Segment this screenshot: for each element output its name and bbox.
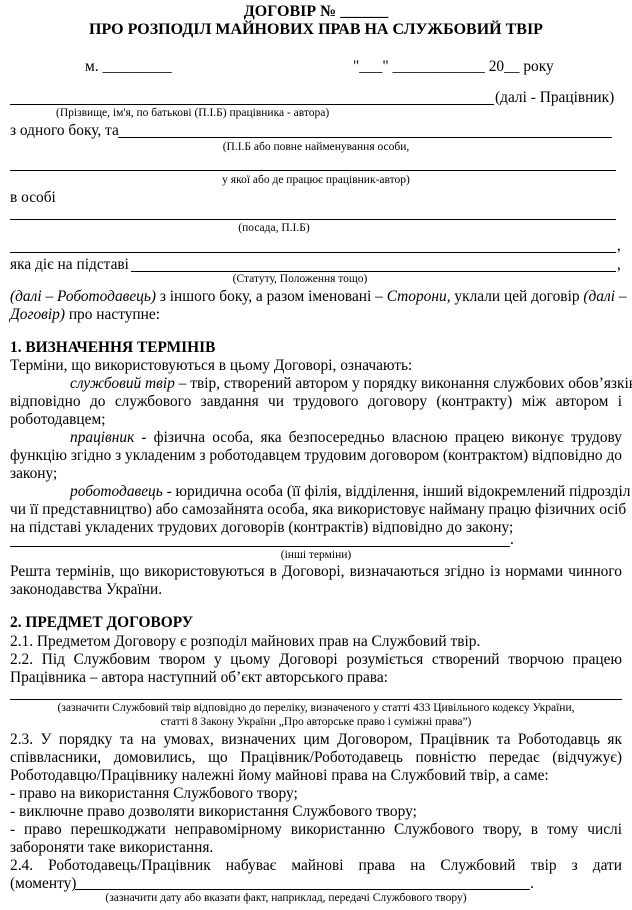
contract-title: ДОГОВІР № ______ bbox=[0, 3, 632, 21]
employee-alias: (далі - Працівник) bbox=[495, 89, 614, 107]
clause-2-4-prefix: (моменту) bbox=[10, 875, 76, 893]
employer-hint-1: (П.І.Б або повне найменування особи, bbox=[0, 141, 632, 153]
city-field[interactable]: м. _________ bbox=[85, 58, 172, 76]
rest-terms-line1: Решта термінів, що використовуються в До… bbox=[10, 563, 622, 581]
term-employer-line3: на підставі укладених трудових договорів… bbox=[10, 519, 513, 537]
transfer-date-line[interactable] bbox=[75, 889, 530, 890]
city-blank: _________ bbox=[102, 58, 171, 75]
transfer-date-hint: (зазначити дату або вказати факт, наприк… bbox=[0, 892, 572, 904]
term-text: - юридична особа (її філія, відділення, … bbox=[163, 483, 631, 500]
representative-line[interactable] bbox=[10, 219, 616, 220]
term-employee-line2: функцію згідно з укладеним з роботодавце… bbox=[10, 447, 622, 465]
period-1: . bbox=[510, 531, 514, 549]
term-service-work-line1: службовий твір – твір, створений автором… bbox=[70, 375, 622, 393]
clause-2-4-line1: 2.4. Роботодавець/Працівник набуває майн… bbox=[10, 857, 622, 875]
city-label: м. bbox=[85, 58, 102, 75]
clause-2-3-line3: Роботодавцю/Працівнику належні йому майн… bbox=[10, 767, 549, 785]
clause-2-2-line1: 2.2. Під Службовим твором у цьому Догово… bbox=[10, 651, 622, 669]
term-text: - фізична особа, яка безпосередньо власн… bbox=[134, 429, 622, 446]
employer-hint-2: у якої або де працює працівник-автор) bbox=[0, 174, 632, 186]
parties-agreement-line1: (далі – Роботодавець) з іншого боку, а р… bbox=[10, 288, 622, 306]
term-employee-line3: закону; bbox=[10, 465, 57, 483]
work-object-line[interactable] bbox=[10, 699, 622, 700]
basis-hint: (Статуту, Положення тощо) bbox=[0, 273, 600, 285]
term-employer-line2: чи її представництво) або самозайнята ос… bbox=[10, 501, 622, 519]
employer-alias: (далі – Роботодавець) bbox=[10, 288, 156, 305]
work-object-hint-2: статті 8 Закону України „Про авторське п… bbox=[0, 716, 632, 728]
right-item-3-line1: - право перешкоджати неправомірному вико… bbox=[10, 821, 622, 839]
section2-heading: 2. ПРЕДМЕТ ДОГОВОРУ bbox=[10, 614, 193, 632]
clause-2-3-line1: 2.3. У порядку та на умовах, визначених … bbox=[10, 731, 622, 749]
clause-2-3-line2: співвласники, домовились, що Працівник/Р… bbox=[10, 749, 622, 767]
sides-term: Сторони, bbox=[387, 288, 451, 305]
comma-2: , bbox=[617, 256, 621, 274]
period-2: . bbox=[530, 875, 534, 893]
date-field[interactable]: "___" ____________ 20__ року bbox=[353, 58, 554, 76]
term-service-work-line2: відповідно до службового завдання чи тру… bbox=[10, 393, 622, 411]
work-object-hint-1: (зазначити Службовий твір відповідно до … bbox=[0, 702, 632, 714]
basis-line[interactable] bbox=[131, 271, 616, 272]
term-text: – твір, створений автором у порядку вико… bbox=[175, 375, 632, 392]
section1-heading: 1. ВИЗНАЧЕННЯ ТЕРМІНІВ bbox=[10, 339, 215, 357]
parties-agreement-line2: Договір) про наступне: bbox=[10, 306, 160, 324]
representative-hint: (посада, П.І.Б) bbox=[0, 222, 548, 234]
term-service-work-line3: роботодавцем; bbox=[10, 411, 106, 429]
other-side-text: з іншого боку, а разом іменовані – bbox=[156, 288, 387, 305]
represented-by-label: в особі bbox=[10, 189, 56, 207]
employer-name-line[interactable] bbox=[118, 137, 612, 138]
term-name: роботодавець bbox=[70, 483, 163, 500]
employee-name-line[interactable] bbox=[10, 104, 494, 105]
contract-alias-b: Договір) bbox=[10, 306, 65, 323]
clause-2-2-line2: Працівника – автора наступний об’єкт авт… bbox=[10, 669, 388, 687]
other-terms-line[interactable] bbox=[10, 546, 510, 547]
term-employee-line1: працівник - фізична особа, яка безпосере… bbox=[70, 429, 622, 447]
representative-line-2[interactable] bbox=[10, 252, 616, 253]
term-employer-line1: роботодавець - юридична особа (її філія,… bbox=[70, 483, 622, 501]
other-terms-hint: (інші терміни) bbox=[0, 549, 632, 561]
rest-terms-line2: законодавства України. bbox=[10, 581, 162, 599]
right-item-3-line2: забороняти таке використання. bbox=[10, 839, 213, 857]
right-item: - виключне право дозволяти використання … bbox=[10, 803, 417, 821]
term-name: службовий твір bbox=[70, 375, 175, 392]
contract-alias-a: (далі – bbox=[583, 288, 626, 305]
concluded-text: уклали цей договір bbox=[451, 288, 584, 305]
contract-subtitle: ПРО РОЗПОДІЛ МАЙНОВИХ ПРАВ НА СЛУЖБОВИЙ … bbox=[0, 21, 632, 39]
section1-intro: Терміни, що використовуються в цьому Дог… bbox=[10, 357, 412, 375]
employee-hint: (Прізвище, ім'я, по батькові (П.І.Б) пра… bbox=[56, 107, 329, 119]
following-text: про наступне: bbox=[65, 306, 160, 323]
employer-prefix: з одного боку, та bbox=[10, 122, 119, 140]
employer-name-line-2[interactable] bbox=[10, 170, 616, 171]
term-name: працівник bbox=[70, 429, 134, 446]
right-item: - право на використання Службового твору… bbox=[10, 785, 298, 803]
clause-2-1: 2.1. Предметом Договору є розподіл майно… bbox=[10, 633, 480, 651]
acts-on-basis-label: яка діє на підставі bbox=[10, 256, 129, 274]
comma-1: , bbox=[617, 237, 621, 255]
